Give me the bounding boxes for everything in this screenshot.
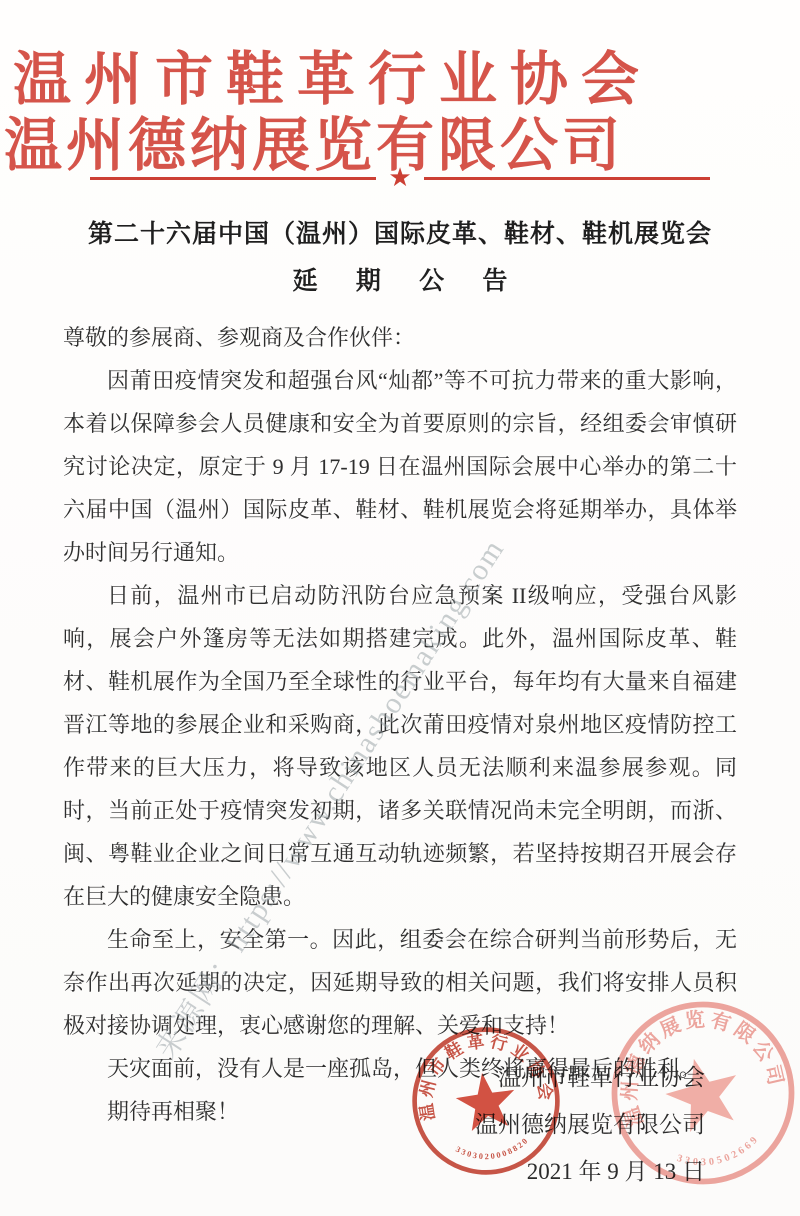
document-title-line-2: 延 期 公 告 xyxy=(0,261,800,297)
salutation: 尊敬的参展商、参观商及合作伙伴： xyxy=(63,316,737,359)
association-seal-star-icon xyxy=(453,1069,519,1133)
paragraph-1: 因莆田疫情突发和超强台风“灿都”等不可抗力带来的重大影响，本着以保障参会人员健康… xyxy=(63,359,737,574)
divider-bar-right xyxy=(424,177,710,180)
letterhead-divider: ★ xyxy=(0,168,800,188)
association-seal: 温州市鞋革行业协会 3303020008820 xyxy=(401,1016,570,1185)
company-seal-star-icon xyxy=(659,1049,748,1135)
document-title-line-1: 第二十六届中国（温州）国际皮革、鞋材、鞋机展览会 xyxy=(0,214,800,250)
divider-bar-left xyxy=(90,177,376,180)
announcement-document: 温州市鞋革行业协会 温州德纳展览有限公司 ★ 第二十六届中国（温州）国际皮革、鞋… xyxy=(0,0,800,1216)
star-icon: ★ xyxy=(388,168,411,188)
paragraph-2: 日前，温州市已启动防汛防台应急预案 II级响应，受强台风影响，展会户外篷房等无法… xyxy=(63,574,737,918)
document-body: 尊敬的参展商、参观商及合作伙伴： 因莆田疫情突发和超强台风“灿都”等不可抗力带来… xyxy=(63,316,737,1133)
